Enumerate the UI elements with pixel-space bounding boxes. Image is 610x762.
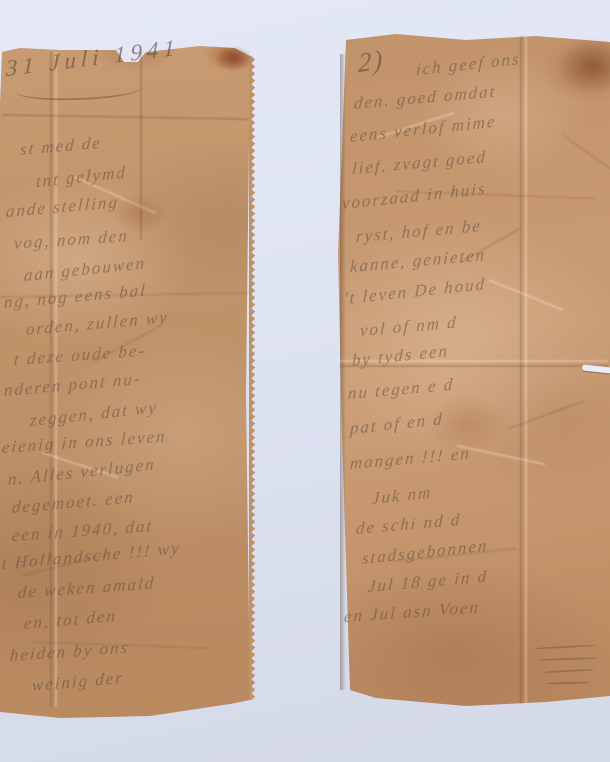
page-number: 2) [358, 44, 384, 79]
letter-page-1: 31 Juli 1941 st med de tnt gelymd ande s… [0, 44, 256, 720]
photo-surface: 31 Juli 1941 st med de tnt gelymd ande s… [0, 0, 610, 762]
corner-stain [214, 46, 254, 72]
perforated-edge [249, 56, 255, 700]
letter-page-2: 2) ich geef ons den. goed omdat eens ver… [336, 34, 610, 706]
page-edge-shadow [340, 54, 346, 690]
